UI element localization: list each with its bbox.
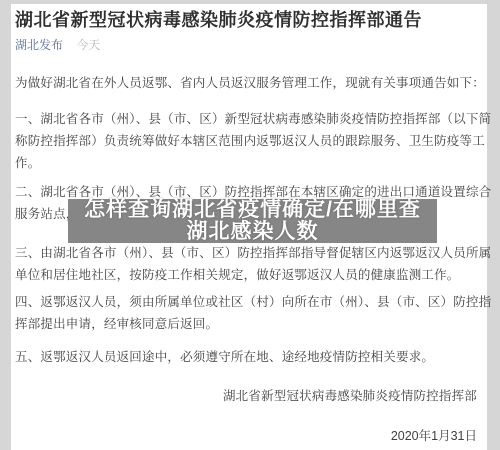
watermark-caption-line-1: 怎样查询湖北省疫情确定/在哪里查 [68, 199, 437, 221]
notice-item-4: 四、返鄂返汉人员，须由所属单位或社区（村）向所在市（州）、县（市、区）防控指 挥… [15, 291, 479, 335]
notice-item-1-line-2: 称防控指挥部）负责统筹做好本辖区范围内返鄂返汉人员的跟踪服务、卫生防疫等工 [15, 130, 479, 152]
article-page: 湖北省新型冠状病毒感染肺炎疫情防控指挥部通告 湖北发布 今天 为做好湖北省在外人… [0, 0, 500, 450]
notice-item-1-line-1: 一、湖北省各市（州）、县（市、区）新型冠状病毒感染肺炎疫情防控指挥部（以下简 [15, 108, 479, 130]
notice-item-4-line-2: 挥部提出申请，经审核同意后返回。 [15, 313, 479, 335]
notice-item-5-line-1: 五、返鄂返汉人员返回途中，必须遵守所在地、途经地疫情防控相关要求。 [15, 346, 479, 368]
notice-item-3-line-2: 单位和居住地社区，按防疫工作相关规定，做好返鄂返汉人员的健康监测工作。 [15, 264, 479, 286]
notice-item-1: 一、湖北省各市（州）、县（市、区）新型冠状病毒感染肺炎疫情防控指挥部（以下简 称… [15, 108, 479, 174]
intro-paragraph: 为做好湖北省在外人员返鄂、省内人员返汉服务管理工作，现就有关事项通告如下： [15, 72, 479, 94]
publication-date: 2020年1月31日 [15, 425, 477, 447]
watermark-caption-overlay: 怎样查询湖北省疫情确定/在哪里查 湖北感染人数 [68, 199, 437, 243]
article-title: 湖北省新型冠状病毒感染肺炎疫情防控指挥部通告 [15, 8, 475, 32]
issuer-signature: 湖北省新型冠状病毒感染肺炎疫情防控指挥部 [15, 385, 477, 407]
byline: 湖北发布 今天 [15, 37, 100, 53]
notice-item-3-line-1: 三、由湖北省各市（州）、县（市、区）防控指挥部指导督促辖区内返鄂返汉人员所属 [15, 242, 479, 264]
notice-item-1-line-3: 作。 [15, 152, 479, 174]
byline-timestamp: 今天 [76, 37, 100, 53]
notice-item-4-line-1: 四、返鄂返汉人员，须由所属单位或社区（村）向所在市（州）、县（市、区）防控指 [15, 291, 479, 313]
notice-item-3: 三、由湖北省各市（州）、县（市、区）防控指挥部指导督促辖区内返鄂返汉人员所属 单… [15, 242, 479, 286]
notice-item-5: 五、返鄂返汉人员返回途中，必须遵守所在地、途经地疫情防控相关要求。 [15, 346, 479, 368]
intro-line: 为做好湖北省在外人员返鄂、省内人员返汉服务管理工作，现就有关事项通告如下： [15, 72, 479, 94]
watermark-caption-line-2: 湖北感染人数 [68, 221, 437, 243]
byline-account-link[interactable]: 湖北发布 [15, 37, 63, 53]
